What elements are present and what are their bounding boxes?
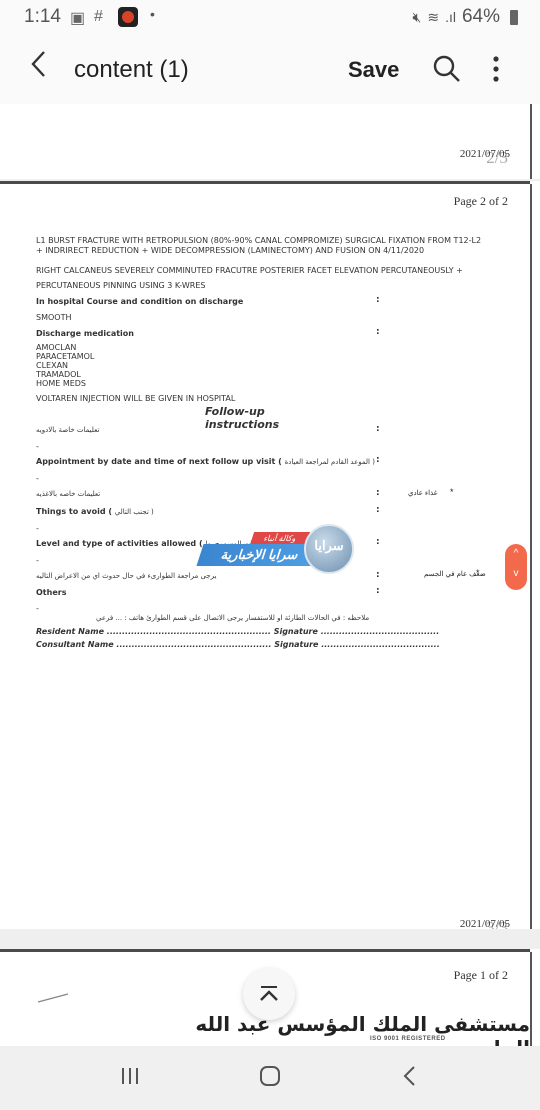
- things-to-avoid-ar: تجنب التالي ): [115, 508, 154, 516]
- resident-name-field: Resident Name ..........................…: [36, 627, 439, 636]
- resident-signature: Signature ..............................…: [274, 627, 440, 636]
- diagnosis-line: L1 BURST FRACTURE WITH RETROPULSION (80%…: [36, 236, 481, 245]
- app-badge-icon: [118, 7, 138, 27]
- hospital-name: مستشفى الملك المؤسس عبد الله الجامعي: [112, 1012, 530, 1046]
- news-watermark: وكالة أنباء سرايا الإخبارية سرايا: [200, 530, 350, 574]
- follow-up-title: Follow-up instructions: [205, 405, 279, 431]
- medication-item: CLEXAN: [36, 361, 68, 370]
- system-nav-bar: [0, 1046, 540, 1110]
- page-label: Page 1 of 2: [454, 968, 508, 983]
- things-to-avoid-label: Things to avoid ( تجنب التالي ): [36, 507, 154, 516]
- more-dot-icon: •: [150, 6, 155, 22]
- recents-icon: [118, 1064, 142, 1088]
- activities-label-en: Level and type of activities allowed (: [36, 539, 203, 548]
- app-bar: content (1) Save: [0, 36, 540, 104]
- mute-icon: 🔇︎: [413, 9, 422, 26]
- chevron-left-icon: [30, 50, 48, 78]
- diet-instructions-ar: تعليمات خاصه بالاغذيه: [36, 490, 100, 498]
- more-vertical-icon: [486, 52, 506, 86]
- watermark-logo: سرايا: [304, 524, 354, 574]
- medication-heading: Discharge medication: [36, 329, 134, 338]
- page-scroll-handle[interactable]: ^ v: [505, 544, 527, 590]
- medication-item: HOME MEDS: [36, 379, 86, 388]
- scroll-to-top-button[interactable]: [243, 968, 295, 1020]
- back-button[interactable]: [30, 50, 48, 86]
- consultant-name-field: Consultant Name ........................…: [36, 640, 440, 649]
- battery-icon: [510, 10, 518, 25]
- colon: :: [376, 424, 380, 434]
- page-gap: [0, 929, 540, 949]
- chevron-up-icon: ^: [505, 544, 527, 564]
- print-date: 2021/07/05: [460, 148, 510, 160]
- colon: :: [376, 455, 380, 465]
- medication-note: VOLTAREN INJECTION WILL BE GIVEN IN HOSP…: [36, 394, 235, 403]
- diagnosis-line: RIGHT CALCANEUS SEVERELY COMMINUTED FRAC…: [36, 266, 463, 275]
- pdf-page-previous: 2/3 2021/07/05: [0, 104, 532, 179]
- nav-back-button[interactable]: [398, 1064, 422, 1093]
- more-options-button[interactable]: [486, 52, 506, 86]
- dash: -: [36, 524, 39, 533]
- side-star: *: [450, 487, 454, 497]
- others-label: Others: [36, 588, 66, 597]
- iso-registered-label: ISO 9001 REGISTERED: [370, 1036, 446, 1042]
- page-label: Page 2 of 2: [454, 194, 508, 209]
- dash: -: [36, 604, 39, 613]
- consultant-signature: Signature ..............................…: [274, 640, 440, 649]
- colon: :: [376, 570, 380, 580]
- chevron-down-icon: v: [505, 564, 527, 584]
- diagnosis-line: + INDRIRECT REDUCTION + WIDE DECOMPRESSI…: [36, 246, 424, 255]
- battery-level: 64%: [462, 6, 500, 28]
- slack-icon: #: [94, 8, 103, 26]
- side-star: *: [476, 568, 480, 578]
- colon: :: [376, 488, 380, 498]
- colon: :: [376, 537, 380, 547]
- home-icon: [258, 1064, 282, 1088]
- er-note-ar: يرجى مراجعة الطوارىء في حال حدوث اي من ا…: [36, 572, 216, 580]
- dash: -: [36, 442, 39, 451]
- search-icon: [432, 54, 462, 84]
- status-bar: 1:14 ▣ # • 🔇︎ ≋ .ıl 64%: [0, 0, 540, 36]
- colon: :: [376, 295, 380, 305]
- appointment-label-en: Appointment by date and time of next fol…: [36, 457, 282, 466]
- appointment-label: Appointment by date and time of next fol…: [36, 457, 375, 466]
- emergency-note-ar: ملاحظه : في الحالات الطارئة او للاستفسار…: [96, 614, 369, 622]
- dash: -: [36, 474, 39, 483]
- appointment-label-ar: الموعد القادم لمراجعة العيادة ): [285, 458, 375, 466]
- diagnosis-line: PERCUTANEOUS PINNING USING 3 K-WRES: [36, 281, 206, 290]
- medication-instructions-ar: تعليمات خاصة بالادويه: [36, 426, 99, 434]
- course-heading: In hospital Course and condition on disc…: [36, 297, 243, 306]
- course-value: SMOOTH: [36, 313, 71, 322]
- save-button[interactable]: Save: [348, 57, 399, 83]
- things-to-avoid-en: Things to avoid (: [36, 507, 112, 516]
- consultant-label: Consultant Name ........................…: [36, 640, 271, 649]
- colon: :: [376, 586, 380, 596]
- colon: :: [376, 505, 380, 515]
- status-time: 1:14: [24, 6, 61, 28]
- pen-stroke-mark: [36, 992, 70, 1004]
- back-icon: [398, 1064, 422, 1088]
- recents-button[interactable]: [118, 1064, 142, 1093]
- signal-icon: .ıl: [445, 9, 456, 25]
- status-right: 🔇︎ ≋ .ıl 64%: [413, 6, 518, 28]
- side-note-diet-ar: غذاء عادي: [408, 489, 437, 497]
- medication-item: PARACETAMOL: [36, 352, 94, 361]
- medication-item: AMOCLAN: [36, 343, 76, 352]
- dash: -: [36, 556, 39, 565]
- medication-item: TRAMADOL: [36, 370, 81, 379]
- colon: :: [376, 327, 380, 337]
- search-button[interactable]: [432, 54, 462, 84]
- double-chevron-up-icon: [258, 983, 280, 1005]
- home-button[interactable]: [258, 1064, 282, 1093]
- wifi-icon: ≋: [427, 9, 439, 26]
- document-title: content (1): [74, 56, 189, 84]
- gallery-icon: ▣: [70, 8, 85, 28]
- pdf-viewer[interactable]: 2/3 2021/07/05 Page 2 of 2 L1 BURST FRAC…: [0, 104, 540, 1046]
- resident-label: Resident Name ..........................…: [36, 627, 271, 636]
